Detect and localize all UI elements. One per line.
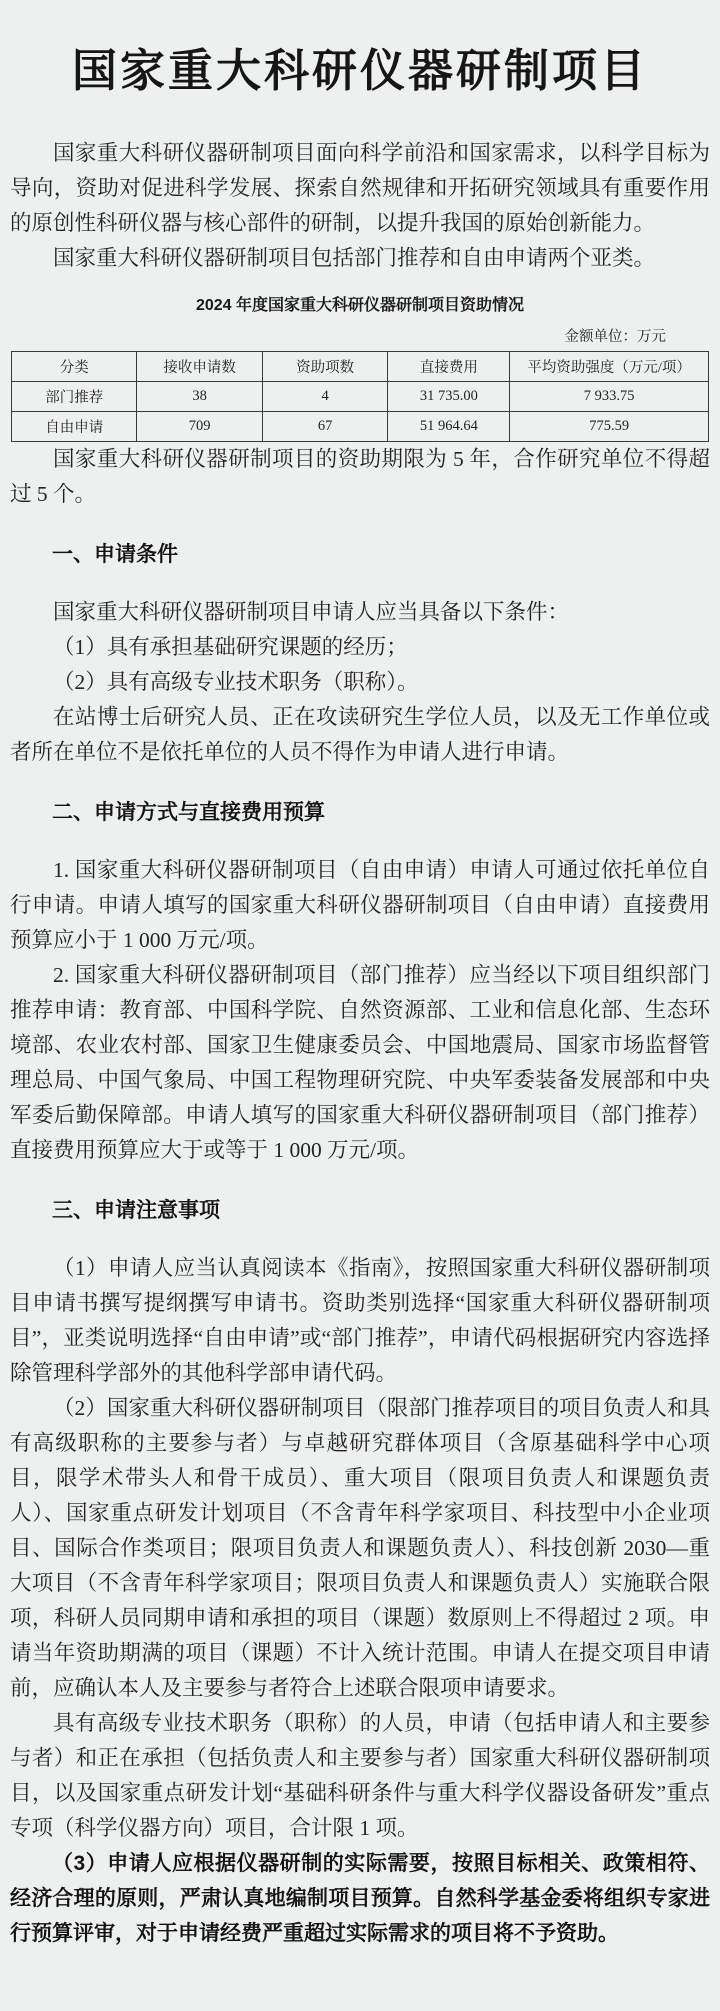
table-row-free-application: 自由申请 709 67 51 964.64 775.59 (12, 412, 709, 442)
document-page: 国家重大科研仪器研制项目 国家重大科研仪器研制项目面向科学前沿和国家需求，以科学… (0, 0, 720, 2011)
funding-table-title: 2024 年度国家重大科研仪器研制项目资助情况 (10, 292, 710, 315)
section-3-heading: 三、申请注意事项 (10, 1193, 710, 1228)
table-header-row: 分类 接收申请数 资助项数 直接费用 平均资助强度（万元/项） (12, 352, 709, 382)
section-1-restriction-note: 在站博士后研究人员、正在攻读研究生学位人员，以及无工作单位或者所在单位不是依托单… (10, 700, 710, 770)
cell-funded-count: 67 (262, 412, 387, 442)
intro-paragraph-2: 国家重大科研仪器研制项目包括部门推荐和自由申请两个亚类。 (10, 241, 710, 276)
section-1-intro: 国家重大科研仪器研制项目申请人应当具备以下条件： (10, 595, 710, 630)
cell-direct-cost: 31 735.00 (388, 382, 510, 412)
section-3-paragraph-2: （2）国家重大科研仪器研制项目（限部门推荐项目的项目负责人和具有高级职称的主要参… (10, 1391, 710, 1706)
table-header-category: 分类 (12, 352, 137, 382)
table-header-applications: 接收申请数 (137, 352, 262, 382)
section-2-paragraph-2: 2. 国家重大科研仪器研制项目（部门推荐）应当经以下项目组织部门推荐申请：教育部… (10, 958, 710, 1168)
table-unit-note: 金额单位：万元 (10, 325, 710, 346)
funding-period-paragraph: 国家重大科研仪器研制项目的资助期限为 5 年，合作研究单位不得超过 5 个。 (10, 442, 710, 512)
cell-avg-intensity: 775.59 (510, 412, 709, 442)
intro-paragraph-1: 国家重大科研仪器研制项目面向科学前沿和国家需求，以科学目标为导向，资助对促进科学… (10, 136, 710, 241)
cell-avg-intensity: 7 933.75 (510, 382, 709, 412)
section-2-heading: 二、申请方式与直接费用预算 (10, 795, 710, 830)
cell-applications: 709 (137, 412, 262, 442)
cell-applications: 38 (137, 382, 262, 412)
cell-direct-cost: 51 964.64 (388, 412, 510, 442)
table-row-department-recommended: 部门推荐 38 4 31 735.00 7 933.75 (12, 382, 709, 412)
table-header-funded-count: 资助项数 (262, 352, 387, 382)
funding-table: 分类 接收申请数 资助项数 直接费用 平均资助强度（万元/项） 部门推荐 38 … (11, 351, 709, 442)
section-1-condition-1: （1）具有承担基础研究课题的经历； (10, 630, 710, 665)
section-1-heading: 一、申请条件 (10, 537, 710, 572)
cell-category: 部门推荐 (12, 382, 137, 412)
table-header-avg-intensity: 平均资助强度（万元/项） (510, 352, 709, 382)
section-1-condition-2: （2）具有高级专业技术职务（职称）。 (10, 665, 710, 700)
section-3-paragraph-1: （1）申请人应当认真阅读本《指南》，按照国家重大科研仪器研制项目申请书撰写提纲撰… (10, 1251, 710, 1391)
section-3-budget-warning-paragraph: （3）申请人应根据仪器研制的实际需要，按照目标相关、政策相符、经济合理的原则，严… (10, 1846, 710, 1951)
cell-category: 自由申请 (12, 412, 137, 442)
page-title: 国家重大科研仪器研制项目 (10, 36, 710, 106)
section-3-paragraph-3: 具有高级专业技术职务（职称）的人员，申请（包括申请人和主要参与者）和正在承担（包… (10, 1706, 710, 1846)
cell-funded-count: 4 (262, 382, 387, 412)
section-2-paragraph-1: 1. 国家重大科研仪器研制项目（自由申请）申请人可通过依托单位自行申请。申请人填… (10, 853, 710, 958)
table-header-direct-cost: 直接费用 (388, 352, 510, 382)
